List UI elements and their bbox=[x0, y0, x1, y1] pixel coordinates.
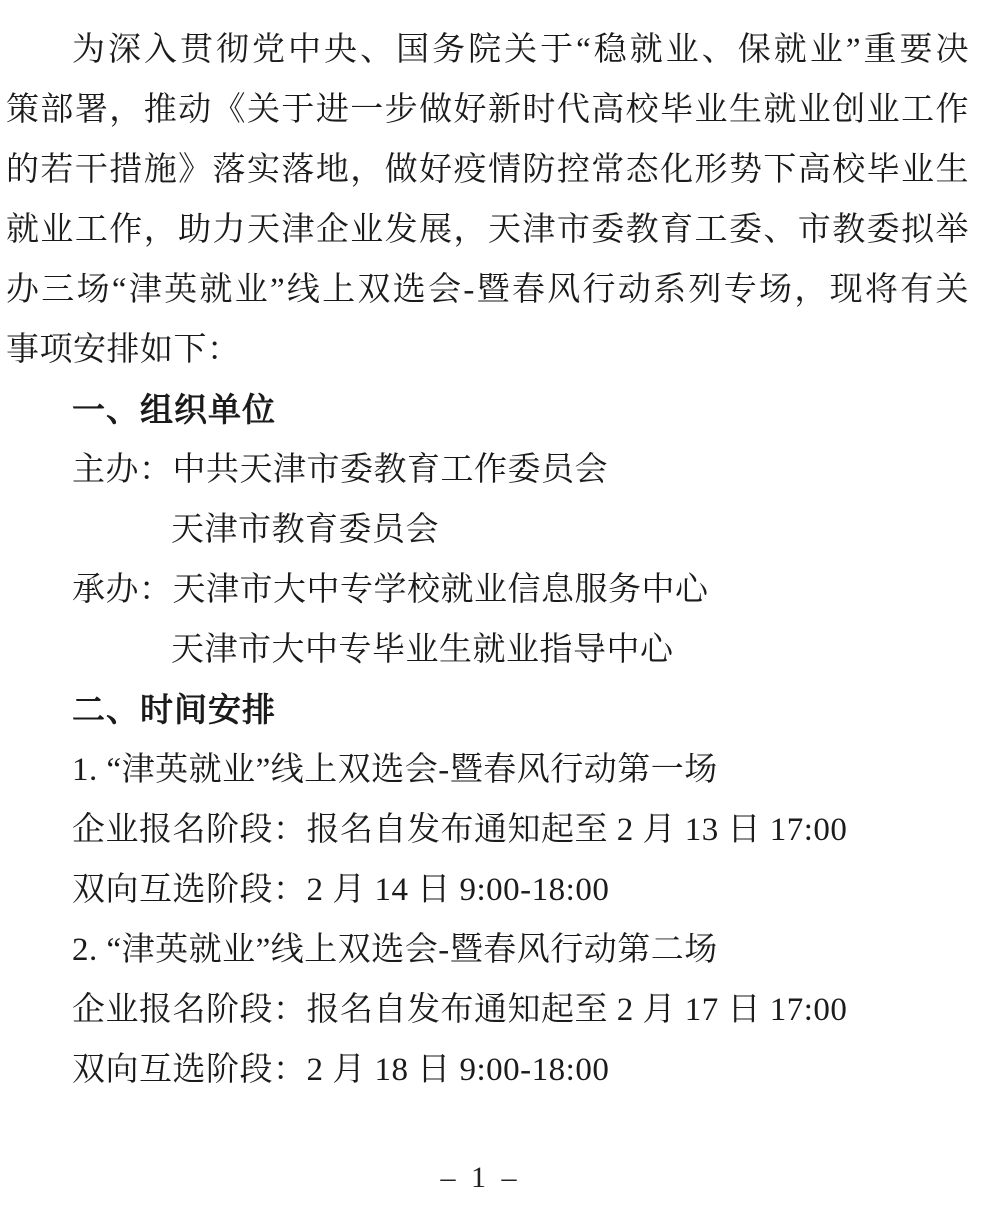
section-heading-organizers: 一、组织单位 bbox=[6, 380, 969, 440]
organizer-line: 承办：天津市大中专学校就业信息服务中心 bbox=[6, 560, 969, 620]
paragraph-line: 策部署，推动《关于进一步做好新时代高校毕业生就业创业工作 bbox=[6, 80, 969, 140]
section-heading-schedule: 二、时间安排 bbox=[6, 680, 969, 740]
event1-title: 1. “津英就业”线上双选会-暨春风行动第一场 bbox=[6, 740, 969, 800]
event1-mutual-phase: 双向互选阶段：2 月 14 日 9:00-18:00 bbox=[6, 860, 969, 920]
event1-signup-phase: 企业报名阶段：报名自发布通知起至 2 月 13 日 17:00 bbox=[6, 800, 969, 860]
organizer-line-continued: 天津市大中专毕业生就业指导中心 bbox=[6, 620, 969, 680]
document-page: 为深入贯彻党中央、国务院关于“稳就业、保就业”重要决 策部署，推动《关于进一步做… bbox=[0, 0, 981, 1211]
event2-title: 2. “津英就业”线上双选会-暨春风行动第二场 bbox=[6, 920, 969, 980]
paragraph-line: 就业工作，助力天津企业发展，天津市委教育工委、市教委拟举 bbox=[6, 200, 969, 260]
paragraph-line: 的若干措施》落实落地，做好疫情防控常态化形势下高校毕业生 bbox=[6, 140, 969, 200]
event2-signup-phase: 企业报名阶段：报名自发布通知起至 2 月 17 日 17:00 bbox=[6, 980, 969, 1040]
paragraph-line: 为深入贯彻党中央、国务院关于“稳就业、保就业”重要决 bbox=[6, 20, 969, 80]
paragraph-line: 办三场“津英就业”线上双选会-暨春风行动系列专场，现将有关 bbox=[6, 260, 969, 320]
host-line-continued: 天津市教育委员会 bbox=[6, 500, 969, 560]
paragraph-line: 事项安排如下： bbox=[6, 320, 969, 380]
page-number: – 1 – bbox=[0, 1161, 961, 1195]
host-line: 主办：中共天津市委教育工作委员会 bbox=[6, 440, 969, 500]
event2-mutual-phase: 双向互选阶段：2 月 18 日 9:00-18:00 bbox=[6, 1040, 969, 1100]
document-body: 为深入贯彻党中央、国务院关于“稳就业、保就业”重要决 策部署，推动《关于进一步做… bbox=[6, 20, 969, 1100]
